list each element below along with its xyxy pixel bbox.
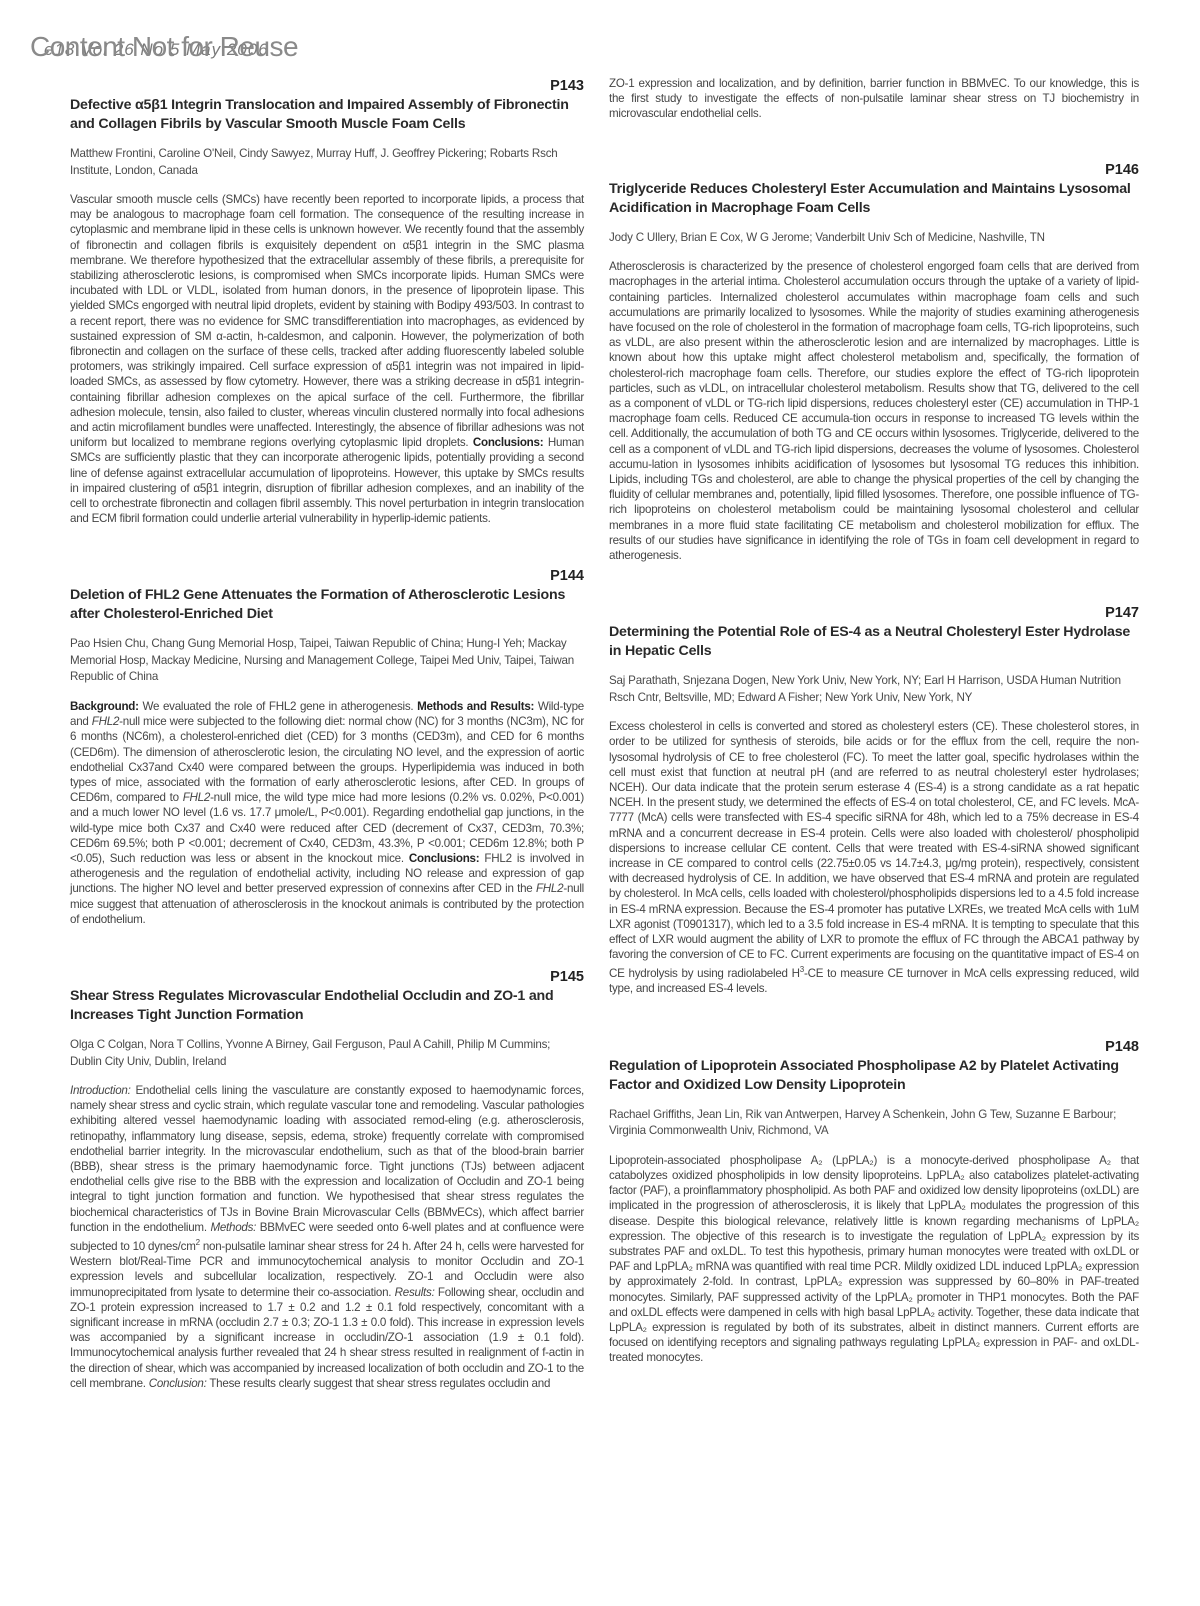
section-label: Conclusions: (473, 436, 543, 449)
watermark: Content Not for Reuse (30, 31, 298, 63)
body-text: These results clearly suggest that shear… (207, 1377, 551, 1390)
abstract-title: Regulation of Lipoprotein Associated Pho… (609, 1057, 1139, 1095)
body-text: Human SMCs are sufficiently plastic that… (70, 436, 584, 525)
section-label: Introduction: (70, 1084, 131, 1097)
abstract-title: Shear Stress Regulates Microvascular End… (70, 987, 584, 1025)
abstract-number: P144 (70, 568, 584, 584)
section-label: Conclusions: (409, 852, 479, 865)
left-column: P143 Defective α5β1 Integrin Translocati… (70, 78, 584, 1391)
abstract-body: Excess cholesterol in cells is converted… (609, 719, 1139, 997)
section-label: Conclusion: (149, 1377, 207, 1390)
gene-name: FHL2 (536, 882, 563, 895)
abstract-p143: P143 Defective α5β1 Integrin Translocati… (70, 78, 584, 526)
section-label: Results: (395, 1286, 435, 1299)
right-column: ZO-1 expression and localization, and by… (609, 76, 1139, 1366)
abstract-authors: Olga C Colgan, Nora T Collins, Yvonne A … (70, 1037, 584, 1070)
abstract-p146: P146 Triglyceride Reduces Cholesteryl Es… (609, 162, 1139, 564)
abstract-body: Atherosclerosis is characterized by the … (609, 259, 1139, 563)
abstract-body: Background: We evaluated the role of FHL… (70, 699, 584, 927)
abstract-number: P148 (609, 1039, 1139, 1055)
abstract-title: Determining the Potential Role of ES-4 a… (609, 623, 1139, 661)
abstract-number: P145 (70, 969, 584, 985)
abstract-authors: Saj Parathath, Snjezana Dogen, New York … (609, 673, 1139, 706)
abstract-authors: Jody C Ullery, Brian E Cox, W G Jerome; … (609, 230, 1139, 247)
body-text: Excess cholesterol in cells is converted… (609, 720, 1139, 980)
gene-name: FHL2 (92, 715, 119, 728)
section-label: Methods and Results: (417, 700, 534, 713)
abstract-authors: Pao Hsien Chu, Chang Gung Memorial Hosp,… (70, 636, 584, 686)
abstract-title: Deletion of FHL2 Gene Attenuates the For… (70, 586, 584, 624)
body-text: We evaluated the role of FHL2 gene in at… (139, 700, 417, 713)
gene-name: FHL2 (183, 791, 210, 804)
abstract-number: P146 (609, 162, 1139, 178)
abstract-number: P147 (609, 605, 1139, 621)
abstract-number: P143 (70, 78, 584, 94)
abstract-body: Lipoprotein-associated phospholipase A₂ … (609, 1153, 1139, 1366)
abstract-authors: Rachael Griffiths, Jean Lin, Rik van Ant… (609, 1107, 1139, 1140)
abstract-title: Defective α5β1 Integrin Translocation an… (70, 96, 584, 134)
abstract-p145: P145 Shear Stress Regulates Microvascula… (70, 969, 584, 1391)
abstract-p145-continued: ZO-1 expression and localization, and by… (609, 76, 1139, 122)
abstract-p148: P148 Regulation of Lipoprotein Associate… (609, 1039, 1139, 1366)
abstract-body: Introduction: Endothelial cells lining t… (70, 1083, 584, 1391)
body-text: Endothelial cells lining the vasculature… (70, 1084, 584, 1234)
body-text: Following shear, occludin and ZO-1 prote… (70, 1286, 584, 1390)
abstract-body: Vascular smooth muscle cells (SMCs) have… (70, 192, 584, 526)
abstract-p147: P147 Determining the Potential Role of E… (609, 605, 1139, 997)
abstract-authors: Matthew Frontini, Caroline O'Neil, Cindy… (70, 146, 584, 179)
abstract-title: Triglyceride Reduces Cholesteryl Ester A… (609, 180, 1139, 218)
abstract-p144: P144 Deletion of FHL2 Gene Attenuates th… (70, 568, 584, 927)
section-label: Methods: (210, 1221, 256, 1234)
body-text: Vascular smooth muscle cells (SMCs) have… (70, 193, 584, 449)
section-label: Background: (70, 700, 139, 713)
